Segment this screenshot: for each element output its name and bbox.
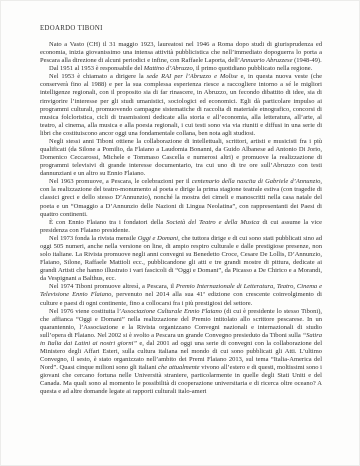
italic-text-segment: Oggi e Domani bbox=[138, 235, 178, 242]
text-segment: Nel 1974 Tiboni promuove altresì, a Pesc… bbox=[49, 283, 176, 290]
text-segment: Nel 1953 è chiamato a dirigere la bbox=[49, 73, 147, 80]
paragraph: Nel 1953 è chiamato a dirigere la sede R… bbox=[40, 73, 322, 138]
paragraph: Negli stessi anni Tiboni ottiene la coll… bbox=[40, 138, 322, 178]
text-segment: Nel 1973 fonda la rivista mensile bbox=[49, 235, 138, 242]
paragraph: Nato a Vasto (CH) il 31 maggio 1923, lau… bbox=[40, 41, 322, 65]
text-segment: Nel 1976 viene costituita l’ bbox=[49, 308, 121, 315]
text-segment: e, in questa nuova veste (che conserverà… bbox=[40, 73, 322, 137]
italic-text-segment: Società del Teatro e della Musica bbox=[166, 219, 259, 226]
paragraph: Nel 1973 fonda la rivista mensile Oggi e… bbox=[40, 235, 322, 283]
italic-text-segment: sede RAI per l’Abruzzo e Molise bbox=[147, 73, 238, 80]
italic-text-segment: Mattino d’Abruzzo bbox=[144, 65, 193, 72]
text-segment: È con Ennio Flaiano tra i fondatori dell… bbox=[49, 219, 166, 226]
document-body: Nato a Vasto (CH) il 31 maggio 1923, lau… bbox=[40, 41, 322, 396]
paragraph: È con Ennio Flaiano tra i fondatori dell… bbox=[40, 219, 322, 235]
page-title: EDOARDO TIBONI bbox=[40, 25, 322, 32]
text-segment: Dal 1951 al 1953 è responsabile del bbox=[49, 65, 144, 72]
italic-text-segment: Annuario Abruzzese bbox=[240, 57, 292, 64]
paragraph: Nel 1976 viene costituita l’Associazione… bbox=[40, 308, 322, 397]
paragraph: Nel 1974 Tiboni promuove altresì, a Pesc… bbox=[40, 283, 322, 307]
text-segment: Nel 1963 promuove, a Pescara, le celebra… bbox=[49, 178, 192, 185]
text-segment: (1948-49). bbox=[292, 57, 321, 64]
paragraph: Dal 1951 al 1953 è responsabile del Matt… bbox=[40, 65, 322, 73]
text-segment: , il primo quotidiano pubblicato nella r… bbox=[193, 65, 313, 72]
text-segment: Negli stessi anni Tiboni ottiene la coll… bbox=[40, 138, 322, 177]
document-page: EDOARDO TIBONI Nato a Vasto (CH) il 31 m… bbox=[0, 0, 360, 466]
italic-text-segment: che attualmente bbox=[158, 364, 199, 371]
text-segment: , che tuttora dirige e di cui sono stati… bbox=[40, 235, 322, 282]
italic-text-segment: centenario della nascita di Gabriele d’A… bbox=[192, 178, 321, 185]
paragraph: Nel 1963 promuove, a Pescara, le celebra… bbox=[40, 178, 322, 218]
italic-text-segment: Associazione Culturale Ennio Flaiano bbox=[121, 308, 222, 315]
